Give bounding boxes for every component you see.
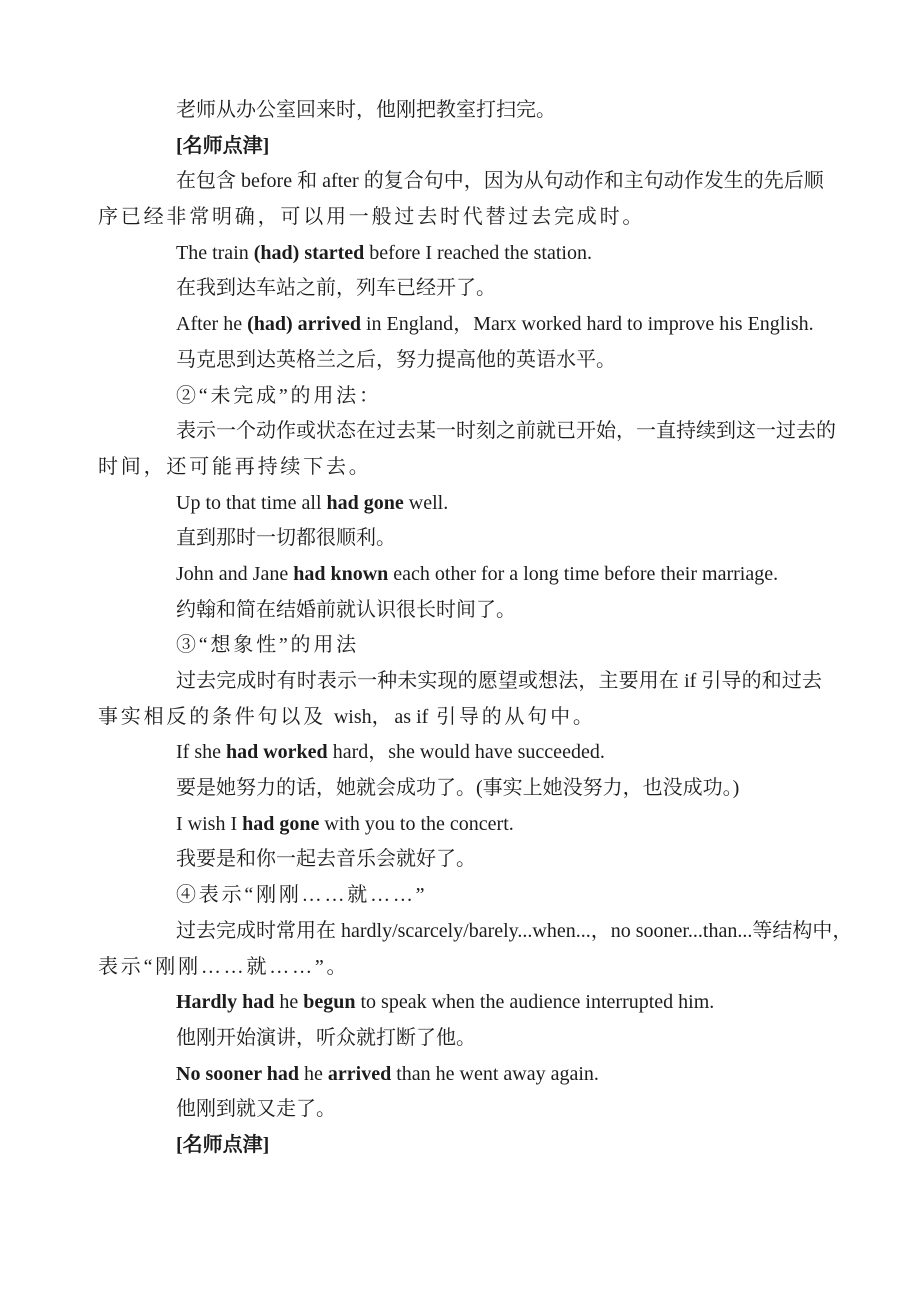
- text-segment: 直到那时一切都很顺利。: [176, 527, 396, 549]
- text-segment: 在包含: [176, 170, 241, 192]
- text-segment: no sooner...than...: [611, 920, 753, 942]
- text-segment: 马克思到达英格兰之后，努力提高他的英语水平。: [176, 349, 616, 371]
- text-segment: 过去完成时常用在: [176, 920, 341, 942]
- doc-line: I wish I had gone with you to the concer…: [98, 807, 822, 843]
- text-segment: 要是她努力的话，她就会成功了。(事实上她没努力，也没成功。): [176, 777, 739, 799]
- text-segment: 的复合句中，因为从句动作和主句动作发生的先后顺: [359, 170, 824, 192]
- doc-line: 我要是和你一起去音乐会就好了。: [98, 842, 822, 878]
- text-segment: Up to that time all: [176, 492, 327, 514]
- doc-line: No sooner had he arrived than he went aw…: [98, 1057, 822, 1093]
- doc-line: 过去完成时有时表示一种未实现的愿望或想法，主要用在 if 引导的和过去: [98, 664, 822, 700]
- text-segment: If she: [176, 741, 226, 763]
- text-segment: 约翰和简在结婚前就认识很长时间了。: [176, 599, 516, 621]
- doc-line: [名师点津]: [98, 129, 822, 165]
- doc-line: John and Jane had known each other for a…: [98, 557, 822, 593]
- text-segment: 等结构中，: [752, 920, 852, 942]
- text-segment: than he went away again.: [391, 1063, 599, 1085]
- doc-line: 要是她努力的话，她就会成功了。(事实上她没努力，也没成功。): [98, 771, 822, 807]
- text-segment: hard: [328, 741, 369, 763]
- text-segment: 表示一个动作或状态在过去某一时刻之前就已开始，一直持续到这一过去的: [176, 420, 836, 442]
- text-segment: ，: [372, 706, 395, 728]
- text-segment: before I reached the station.: [364, 242, 592, 264]
- text-segment: in England: [361, 313, 453, 335]
- text-segment: 过去完成时有时表示一种未实现的愿望或想法，主要用在: [176, 670, 684, 692]
- text-segment: John and Jane: [176, 563, 293, 585]
- text-segment: 老师从办公室回来时，他刚把教室打扫完。: [176, 99, 556, 121]
- doc-line: 过去完成时常用在 hardly/scarcely/barely...when..…: [98, 914, 822, 950]
- text-segment: he: [274, 991, 303, 1013]
- text-segment: I wish I: [176, 813, 242, 835]
- text-segment: 事实相反的条件句以及: [98, 706, 334, 728]
- text-segment: 他刚到就又走了。: [176, 1098, 336, 1120]
- text-segment: 表示“刚刚……就……”。: [98, 956, 349, 978]
- doc-line: ②“未完成”的用法：: [98, 379, 822, 415]
- text-segment: 和: [292, 170, 322, 192]
- text-segment: 序已经非常明确，可以用一般过去时代替过去完成时。: [98, 206, 645, 228]
- text-segment: 他刚开始演讲，听众就打断了他。: [176, 1027, 476, 1049]
- doc-line: 序已经非常明确，可以用一般过去时代替过去完成时。: [98, 200, 822, 236]
- bold-text-segment: arrived: [328, 1063, 391, 1085]
- text-segment: with you to the concert.: [319, 813, 513, 835]
- doc-line: 表示“刚刚……就……”。: [98, 950, 822, 986]
- text-segment: if: [684, 670, 696, 692]
- text-segment: after: [322, 170, 359, 192]
- text-segment: 时间，还可能再持续下去。: [98, 456, 372, 478]
- text-segment: each other for a long time before their …: [388, 563, 778, 585]
- doc-line: 直到那时一切都很顺利。: [98, 521, 822, 557]
- bold-text-segment: No sooner had: [176, 1063, 299, 1085]
- bold-text-segment: had known: [293, 563, 388, 585]
- doc-line: If she had worked hard，she would have su…: [98, 735, 822, 771]
- text-segment: 我要是和你一起去音乐会就好了。: [176, 848, 476, 870]
- bold-text-segment: [名师点津]: [176, 135, 269, 157]
- doc-line: 他刚开始演讲，听众就打断了他。: [98, 1021, 822, 1057]
- text-segment: After he: [176, 313, 247, 335]
- bold-text-segment: (had) started: [254, 242, 365, 264]
- text-segment: ④表示“刚刚……就……”: [176, 884, 427, 906]
- bold-text-segment: Hardly had: [176, 991, 274, 1013]
- text-block: 老师从办公室回来时，他刚把教室打扫完。[名师点津]在包含 before 和 af…: [98, 93, 822, 1164]
- doc-line: 他刚到就又走了。: [98, 1092, 822, 1128]
- bold-text-segment: begun: [303, 991, 355, 1013]
- doc-line: The train (had) started before I reached…: [98, 236, 822, 272]
- doc-line: After he (had) arrived in England，Marx w…: [98, 307, 822, 343]
- text-segment: ③“想象性”的用法: [176, 634, 359, 656]
- doc-line: 约翰和简在结婚前就认识很长时间了。: [98, 593, 822, 629]
- bold-text-segment: (had) arrived: [247, 313, 361, 335]
- text-segment: 引导的从句中。: [428, 706, 595, 728]
- text-segment: ②“未完成”的用法：: [176, 385, 382, 407]
- doc-line: ④表示“刚刚……就……”: [98, 878, 822, 914]
- text-segment: as if: [394, 706, 428, 728]
- doc-line: 在包含 before 和 after 的复合句中，因为从句动作和主句动作发生的先…: [98, 164, 822, 200]
- bold-text-segment: had worked: [226, 741, 328, 763]
- text-segment: before: [241, 170, 292, 192]
- bold-text-segment: had gone: [327, 492, 404, 514]
- bold-text-segment: had gone: [242, 813, 319, 835]
- doc-line: 表示一个动作或状态在过去某一时刻之前就已开始，一直持续到这一过去的: [98, 414, 822, 450]
- doc-line: 在我到达车站之前，列车已经开了。: [98, 271, 822, 307]
- doc-line: 老师从办公室回来时，他刚把教室打扫完。: [98, 93, 822, 129]
- doc-line: Up to that time all had gone well.: [98, 486, 822, 522]
- text-segment: 在我到达车站之前，列车已经开了。: [176, 277, 496, 299]
- doc-line: 时间，还可能再持续下去。: [98, 450, 822, 486]
- bold-text-segment: [名师点津]: [176, 1134, 269, 1156]
- text-segment: ，: [368, 741, 388, 763]
- document-page: 老师从办公室回来时，他刚把教室打扫完。[名师点津]在包含 before 和 af…: [0, 0, 920, 1302]
- text-segment: Marx worked hard to improve his English.: [473, 313, 814, 335]
- text-segment: well.: [404, 492, 448, 514]
- text-segment: wish: [334, 706, 372, 728]
- text-segment: she would have succeeded.: [388, 741, 605, 763]
- doc-line: ③“想象性”的用法: [98, 628, 822, 664]
- doc-line: [名师点津]: [98, 1128, 822, 1164]
- text-segment: to speak when the audience interrupted h…: [356, 991, 715, 1013]
- text-segment: The train: [176, 242, 254, 264]
- text-segment: hardly/scarcely/barely...when...: [341, 920, 591, 942]
- text-segment: ，: [591, 920, 611, 942]
- text-segment: he: [299, 1063, 328, 1085]
- text-segment: 引导的和过去: [696, 670, 822, 692]
- text-segment: ，: [453, 313, 473, 335]
- doc-line: 事实相反的条件句以及 wish，as if 引导的从句中。: [98, 700, 822, 736]
- doc-line: 马克思到达英格兰之后，努力提高他的英语水平。: [98, 343, 822, 379]
- doc-line: Hardly had he begun to speak when the au…: [98, 985, 822, 1021]
